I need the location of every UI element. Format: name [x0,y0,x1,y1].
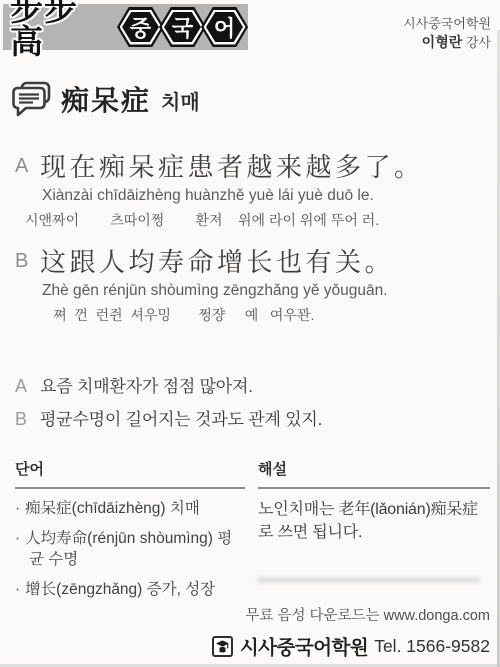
commentary-column: 해설 노인치매는 老年(lǎonián)痴呆症로 쓰면 됩니다. [258,458,490,609]
translation-text-a: 요즘 치매환자가 점점 많아져. [40,376,253,397]
hex-badge-1-char: 중 [122,12,159,42]
bullet-glyph: · [15,530,20,547]
speaker-label-a: A [15,149,40,176]
korean-pronunciation-a: 시앤짜이 츠따이쩡 환져 위에 라이 위에 뚜어 러. [25,210,493,230]
hex-badge-2: 국 [159,7,206,47]
series-title: 步步高 [10,0,108,60]
translation-text-b: 평균수명이 길어지는 것과도 관계 있지. [40,409,322,430]
scan-smudge-artifact [257,577,481,583]
vocab-item: ·增长(zēngzhǎng) 증가, 성장 [15,579,247,600]
hanzi-sentence-b: 这跟人均寿命增长也有关。 [40,244,394,281]
vocab-item: ·人均寿命(rénjūn shòumìng) 평균 수명 [15,528,247,570]
dialogue-section: A 现在痴呆症患者越来越多了。 Xiànzài chīdāizhèng huàn… [15,149,493,325]
header-credits: 시사중국어학원 이형란 강사 [403,15,491,52]
korean-pronunciation-b: 쪄 껀 런쥔 셔우밍 쩡쟝 예 여우꽌. [53,305,493,325]
commentary-text: 노인치매는 老年(lǎonián)痴呆症로 쓰면 됩니다. [258,498,490,544]
pinyin-a: Xiànzài chīdāizhèng huànzhě yuè lái yuè … [42,187,493,205]
instructor-line: 이형란 강사 [403,33,491,52]
lesson-title-hanzi: 痴呆症 [61,79,151,119]
dialogue-line-a: A 现在痴呆症患者越来越多了。 Xiànzài chīdāizhèng huàn… [15,149,493,230]
footer-academy-line: 시사중국어학원 Tel. 1566-9582 [212,632,490,660]
scholar-logo-icon [212,636,233,657]
vocab-item: ·痴呆症(chīdāizhèng) 치매 [15,498,247,519]
hex-badge-3: 어 [201,7,248,47]
hex-badge-3-char: 어 [206,12,243,42]
worksheet-page: 步步高 중 국 어 시사중국어학원 이형란 강사 [0,0,500,667]
hex-badge-2-char: 국 [164,12,201,42]
translation-line-b: B 평균수명이 길어지는 것과도 관계 있지. [15,409,322,430]
academy-name: 시사중국어학원 [403,15,491,33]
footer-academy-name: 시사중국어학원 [240,632,368,660]
commentary-heading: 해설 [258,458,490,489]
speaker-label-b: B [15,244,40,271]
translation-line-a: A 요즘 치매환자가 점점 많아져. [15,376,322,397]
speech-bubbles-icon [11,81,51,117]
lesson-title-row: 痴呆症 치매 [11,79,200,119]
bullet-glyph: · [15,581,20,598]
hex-badge-1: 중 [117,7,164,47]
lesson-title-korean: 치매 [161,83,200,115]
reference-section: 단어 ·痴呆症(chīdāizhèng) 치매 ·人均寿命(rénjūn shò… [15,458,490,609]
footer-telephone: Tel. 1566-9582 [374,636,490,657]
footer: 무료 음성 다운로드는 www.donga.com 시사중국어학원 Tel. 1… [212,604,490,660]
vocab-heading: 단어 [15,458,245,489]
hangul-badges: 중 국 어 [117,7,248,47]
hanzi-sentence-a: 现在痴呆症患者越来越多了。 [40,149,424,186]
translation-label-b: B [15,409,40,428]
dialogue-line-b: B 这跟人均寿命增长也有关。 Zhè gēn rénjūn shòumìng z… [15,244,493,325]
translation-label-a: A [15,376,40,395]
brand-banner: 步步高 중 국 어 [3,4,248,50]
instructor-title: 강사 [466,35,491,50]
instructor-name: 이형란 [422,34,463,50]
vocab-column: 단어 ·痴呆症(chīdāizhèng) 치매 ·人均寿命(rénjūn shò… [15,458,245,609]
pinyin-b: Zhè gēn rénjūn shòumìng zēngzhǎng yě yǒu… [42,282,493,300]
translation-section: A 요즘 치매환자가 점점 많아져. B 평균수명이 길어지는 것과도 관계 있… [15,376,322,442]
vocab-list: ·痴呆症(chīdāizhèng) 치매 ·人均寿命(rénjūn shòumì… [15,498,245,600]
audio-download-note: 무료 음성 다운로드는 www.donga.com [212,604,490,625]
bullet-glyph: · [15,500,20,517]
